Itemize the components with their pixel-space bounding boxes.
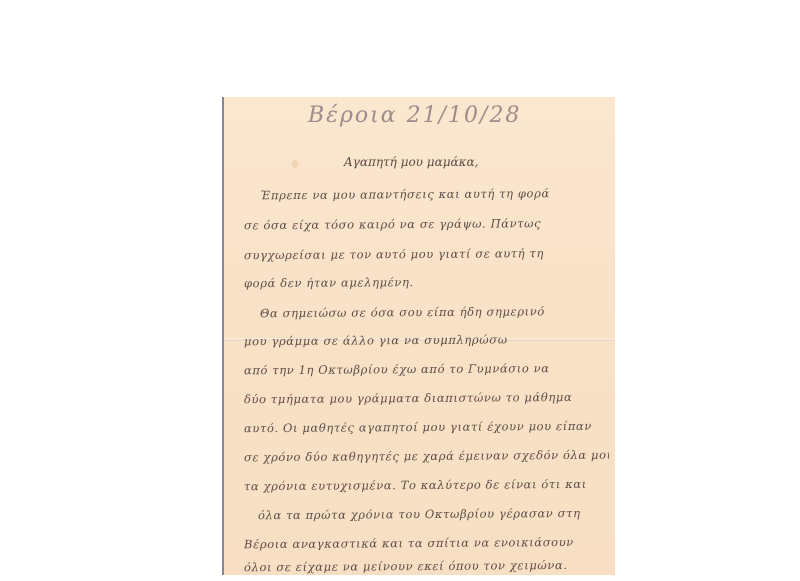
letter-greeting: Αγαπητή μου μαμάκα, [344, 155, 478, 169]
letter-line: όλοι σε είχαμε να μείνουν εκεί όπου τον … [244, 558, 609, 575]
letter-line: Έπρεπε να μου απαντήσεις και αυτή τη φορ… [260, 186, 625, 203]
letter-line: Βέροια αναγκαστικά και τα σπίτια να ενοι… [244, 535, 609, 552]
letter-line: σε όσα είχα τόσο καιρό να σε γράψω. Πάντ… [244, 216, 609, 233]
date-header: Βέροια 21/10/28 [308, 103, 521, 128]
letter-page: Βέροια 21/10/28 Αγαπητή μου μαμάκα, Έπρε… [222, 97, 615, 575]
letter-line: φορά δεν ήταν αμελημένη. [244, 274, 609, 291]
letter-line: δύο τμήματα μου γράμματα διαπιστώνω το μ… [244, 390, 609, 407]
letter-line: σε χρόνο δύο καθηγητές με χαρά έμειναν σ… [244, 448, 609, 465]
letter-line: αυτό. Οι μαθητές αγαπητοί μου γιατί έχου… [244, 419, 609, 436]
paper-stain [292, 160, 298, 168]
letter-line: Θα σημειώσω σε όσα σου είπα ήδη σημερινό [260, 304, 625, 321]
letter-line: συγχωρείσαι με τον αυτό μου γιατί σε αυτ… [244, 246, 609, 263]
letter-line: από την 1η Οκτωβρίου έχω από το Γυμνάσιο… [244, 361, 609, 378]
letter-line: όλα τα πρώτα χρόνια του Οκτωβρίου γέρασα… [258, 506, 623, 523]
letter-line: τα χρόνια ευτυχισμένα. Το καλύτερο δε εί… [244, 477, 609, 494]
letter-line: μου γράμμα σε άλλο για να συμπληρώσω [244, 332, 609, 349]
